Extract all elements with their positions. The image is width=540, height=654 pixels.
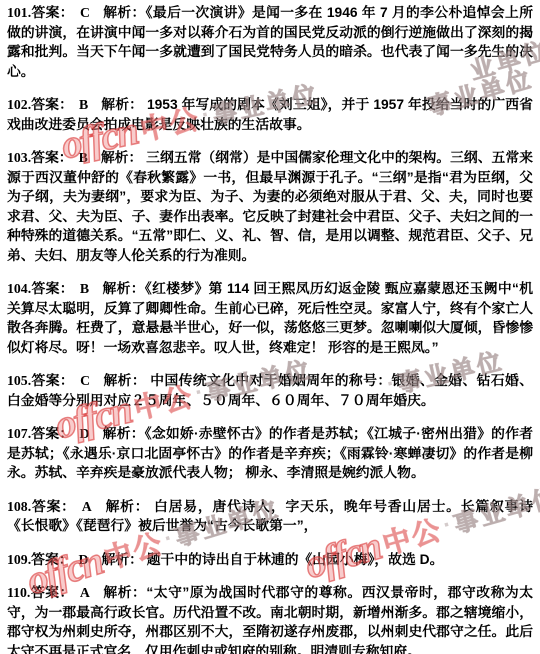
answer-label: 答案： — [31, 499, 77, 514]
answer-label: 答案： — [31, 281, 75, 296]
answer-label: 答案： — [31, 150, 73, 165]
item-number: 107. — [7, 426, 31, 441]
analysis-label: 解析： — [102, 426, 144, 441]
item-number: 102. — [7, 97, 31, 112]
analysis-label: 解析： — [103, 585, 147, 600]
item-number: 105. — [7, 373, 31, 388]
answer-item-104: 104.答案：B解析：《红楼梦》第 114 回王熙凤历幻返金陵 甄应嘉蒙恩还玉阙… — [7, 279, 533, 357]
analysis-label: 解析： — [103, 5, 146, 20]
answer-item-103: 103.答案：B解析： 三纲五常（纲常）是中国儒家伦理文化中的架构。三纲、五常来… — [7, 148, 533, 265]
answer-letter: B — [74, 97, 101, 112]
answer-letter: D — [74, 552, 102, 567]
item-number: 109. — [7, 552, 31, 567]
answer-label: 答案： — [31, 426, 74, 441]
analysis-label: 解析： — [105, 499, 150, 514]
answer-label: 答案： — [31, 552, 73, 567]
analysis-label: 解析： — [103, 373, 146, 388]
answer-item-102: 102.答案：B解析： 1953 年写成的剧本《刘三姐》，并于 1957 年投给… — [7, 95, 533, 134]
answer-letter: A — [77, 499, 105, 514]
answer-item-108: 108.答案：A解析： 白居易，唐代诗人，字天乐，晚年号香山居士。长篇叙事诗《长… — [7, 497, 533, 536]
answers-content: 101.答案：C解析：《最后一次演讲》是闻一多在 1946 年 7 月的李公朴追… — [0, 0, 540, 654]
analysis-text: 三纲五常（纲常）是中国儒家伦理文化中的架构。三纲、五常来源于西汉董仲舒的《春秋繁… — [7, 150, 533, 263]
answer-item-110: 110.答案：A解析：“太守”原为战国时代郡守的尊称。西汉景帝时，郡守改称为太守… — [7, 583, 533, 654]
analysis-label: 解析： — [102, 552, 143, 567]
answer-letter: B — [75, 281, 102, 296]
answer-letter: B — [74, 150, 101, 165]
answer-letter: C — [75, 373, 103, 388]
answer-letter: D — [74, 426, 102, 441]
answer-letter: C — [75, 5, 103, 20]
answer-label: 答案： — [31, 5, 75, 20]
answer-label: 答案： — [31, 97, 74, 112]
answer-item-101: 101.答案：C解析：《最后一次演讲》是闻一多在 1946 年 7 月的李公朴追… — [7, 3, 533, 81]
item-number: 101. — [7, 5, 31, 20]
analysis-label: 解析： — [101, 97, 143, 112]
answers-document-page: offcn中公·事业单位 业单位 事业单位 offcn中公·事业单位 ·事业单位… — [0, 0, 540, 654]
answer-item-105: 105.答案：C解析： 中国传统文化中对于婚姻周年的称号：银婚、金婚、钻石婚、白… — [7, 371, 533, 410]
analysis-text: 题干中的诗出自于林逋的《山园小梅》，故选 D。 — [143, 552, 443, 567]
answer-item-107: 107.答案：D解析：《念如娇·赤壁怀古》的作者是苏轼；《江城子·密州出猎》的作… — [7, 424, 533, 483]
answer-label: 答案： — [30, 585, 75, 600]
analysis-label: 解析： — [102, 281, 145, 296]
answer-letter: A — [75, 585, 103, 600]
item-number: 104. — [7, 281, 31, 296]
analysis-label: 解析： — [101, 150, 142, 165]
item-number: 110. — [7, 585, 30, 600]
answer-item-109: 109.答案：D解析： 题干中的诗出自于林逋的《山园小梅》，故选 D。 — [7, 550, 533, 570]
item-number: 103. — [7, 150, 31, 165]
answer-label: 答案： — [31, 373, 75, 388]
item-number: 108. — [7, 499, 31, 514]
